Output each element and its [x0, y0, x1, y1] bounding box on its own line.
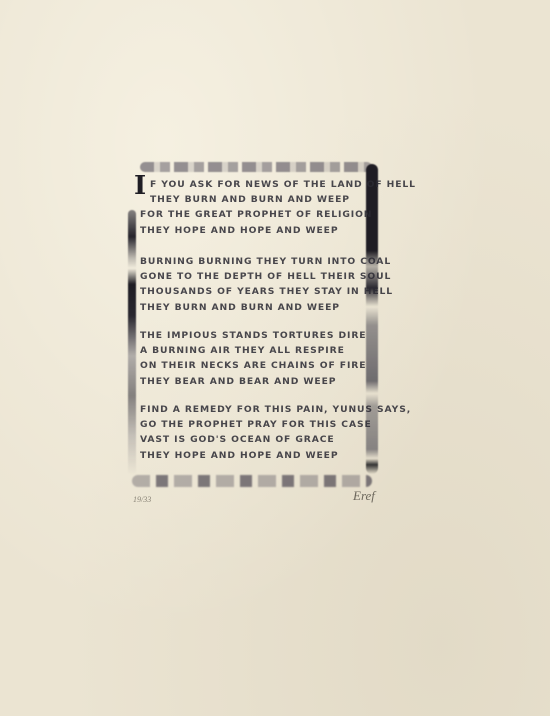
poem-line: THE IMPIOUS STANDS TORTURES DIRE — [140, 328, 366, 343]
stanza-2: BURNING BURNING THEY TURN INTO COAL GONE… — [140, 254, 366, 315]
ink-border-top — [140, 162, 372, 172]
printed-plate: I F YOU ASK FOR NEWS OF THE LAND OF HELL… — [128, 160, 380, 490]
poem-line: THEY BURN AND BURN AND WEEP — [140, 300, 366, 315]
stanza-4: FIND A REMEDY FOR THIS PAIN, YUNUS SAYS,… — [140, 402, 366, 463]
paper-sheet: I F YOU ASK FOR NEWS OF THE LAND OF HELL… — [0, 0, 550, 716]
poem-line: THEY HOPE AND HOPE AND WEEP — [140, 223, 366, 238]
poem-line: THEY BURN AND BURN AND WEEP — [140, 192, 366, 207]
poem-line: BURNING BURNING THEY TURN INTO COAL — [140, 254, 366, 269]
poem-line: GONE TO THE DEPTH OF HELL THEIR SOUL — [140, 269, 366, 284]
ink-border-left — [128, 210, 136, 475]
poem-line: FIND A REMEDY FOR THIS PAIN, YUNUS SAYS, — [140, 402, 366, 417]
stanza-3: THE IMPIOUS STANDS TORTURES DIRE A BURNI… — [140, 328, 366, 389]
poem-line: ON THEIR NECKS ARE CHAINS OF FIRE — [140, 358, 366, 373]
poem-line: FOR THE GREAT PROPHET OF RELIGION — [140, 207, 366, 222]
edition-number: 19/33 — [133, 495, 151, 504]
poem-line: THOUSANDS OF YEARS THEY STAY IN HELL — [140, 284, 366, 299]
poem-line: THEY HOPE AND HOPE AND WEEP — [140, 448, 366, 463]
poem-line: THEY BEAR AND BEAR AND WEEP — [140, 374, 366, 389]
poem-line: F YOU ASK FOR NEWS OF THE LAND OF HELL — [140, 177, 366, 192]
artist-signature: Eref — [353, 488, 375, 504]
ink-border-bottom — [132, 475, 372, 487]
poem-line: A BURNING AIR THEY ALL RESPIRE — [140, 343, 366, 358]
poem-line: GO THE PROPHET PRAY FOR THIS CASE — [140, 417, 366, 432]
stanza-1: I F YOU ASK FOR NEWS OF THE LAND OF HELL… — [140, 177, 366, 238]
poem-line: VAST IS GOD'S OCEAN OF GRACE — [140, 432, 366, 447]
